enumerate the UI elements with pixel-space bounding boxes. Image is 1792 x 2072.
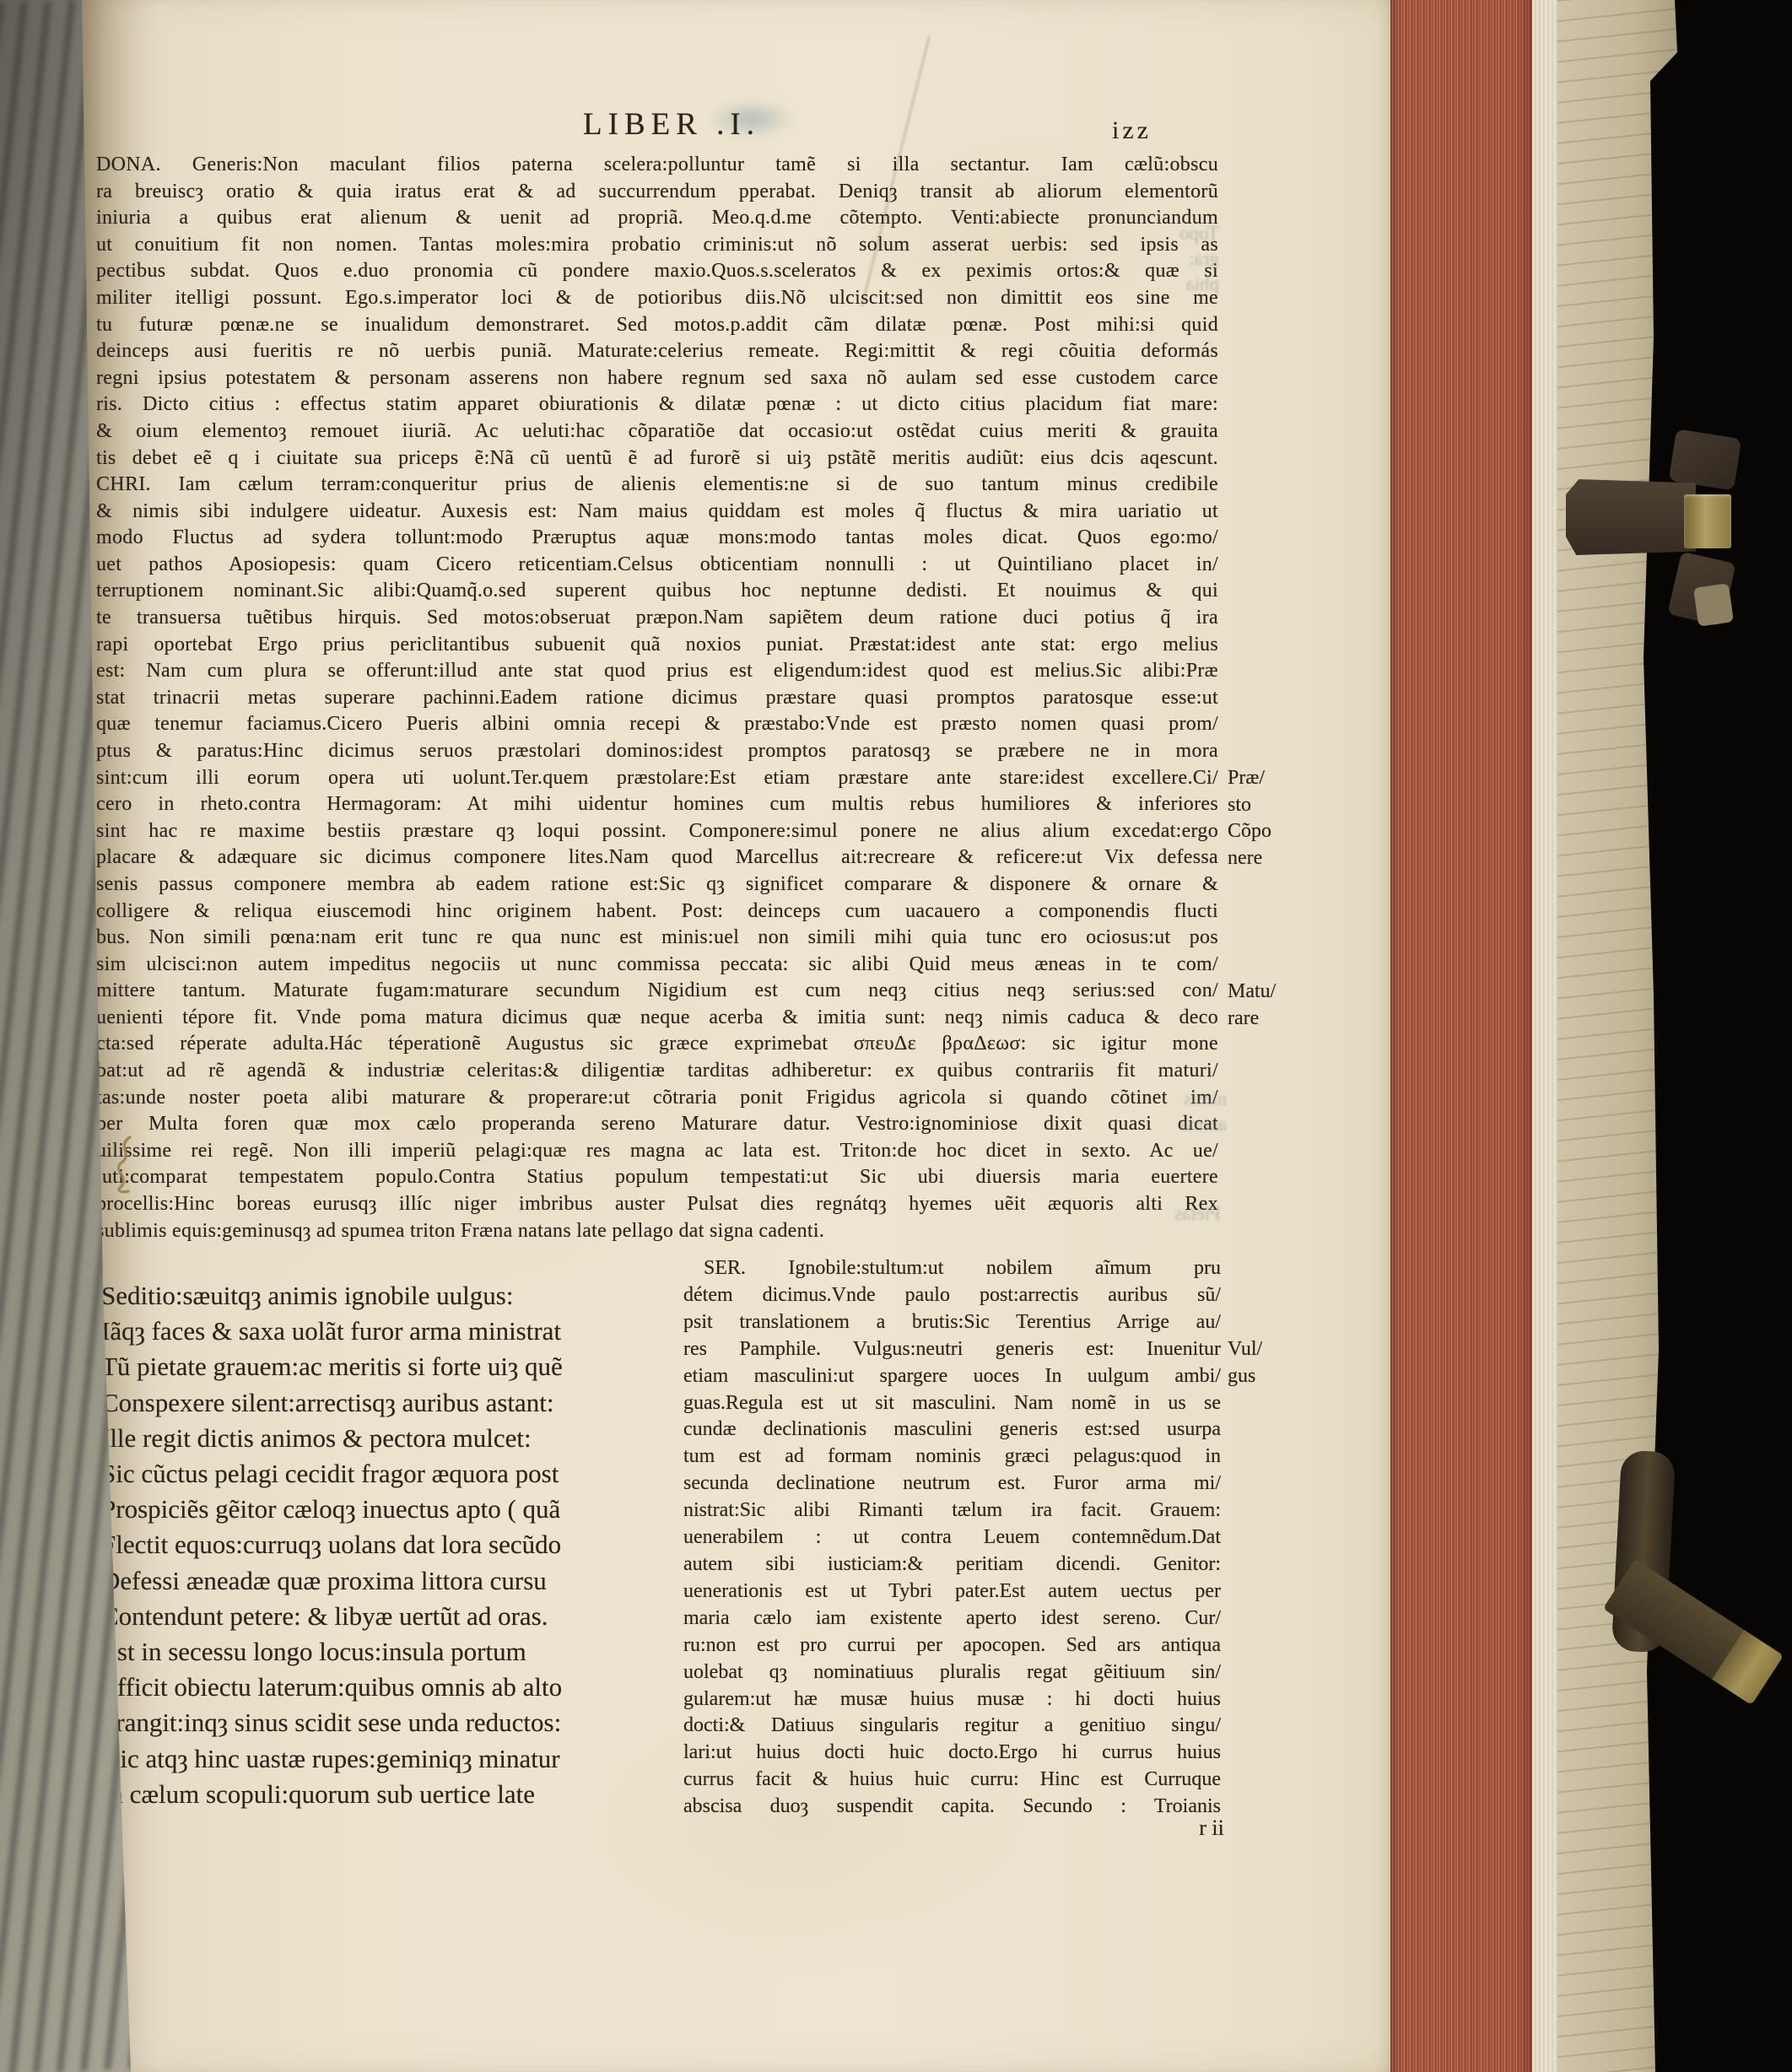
- text-line: secunda declinatione neutrum est. Furor …: [683, 1470, 1221, 1497]
- text-line: guas.Regula est ut sit masculini. Nam no…: [683, 1390, 1221, 1417]
- text-line: cta:sed réperate adulta.Hác téperationẽ …: [96, 1031, 1218, 1058]
- text-line: Pietas: [1174, 1201, 1221, 1227]
- verso-showthrough-text: Topogra:phia: [1179, 221, 1219, 297]
- commentary-column-servius: SER. Ignobile:stultum:ut nobilem aĩmum p…: [683, 1255, 1221, 1821]
- commentary-block-chri: CHRI. Iam cælum terram:conqueritur prius…: [96, 472, 1218, 1244]
- text-line: modo Fluctus ad sydera tollunt:modo Prær…: [96, 525, 1218, 552]
- text-line: placare & adæquare sic dicimus componere…: [96, 844, 1218, 871]
- text-line: sim ulcisci:non autem impeditus negociis…: [96, 952, 1218, 979]
- text-line: ra breuiscȝ oratio & quia iratus erat & …: [96, 179, 1218, 206]
- text-line: SER. Ignobile:stultum:ut nobilem aĩmum p…: [683, 1255, 1221, 1282]
- text-line: procellis:Hinc boreas eurusqȝ illíc nige…: [96, 1191, 1218, 1218]
- text-line: nimis: [1179, 1087, 1227, 1112]
- text-line: deinceps ausi fueritis re nõ uerbis puni…: [96, 338, 1218, 365]
- text-line: bat:ut ad rẽ agendã & industriæ celerita…: [96, 1058, 1218, 1085]
- text-line: rapi oportebat Ergo prius periclitantibu…: [96, 632, 1218, 659]
- text-line: Iãqȝ faces & saxa uolãt furor arma minis…: [101, 1314, 683, 1349]
- text-line: est: Nam cum plura se offerunt:illud ant…: [96, 658, 1218, 685]
- text-line: Tũ pietate grauem:ac meritis si forte ui…: [101, 1349, 683, 1384]
- text-line: uenerationis est ut Tybri pater.Est aute…: [683, 1578, 1221, 1605]
- text-line: Ille regit dictis animos & pectora mulce…: [101, 1421, 683, 1456]
- text-line: anima: [1179, 1112, 1227, 1137]
- upper-clasp-brass-fitting: [1684, 494, 1731, 548]
- text-line: pectibus subdat. Quos e.duo pronomia cũ …: [96, 258, 1218, 285]
- text-line: rare: [1228, 1006, 1320, 1033]
- margin-note-componere: Cõponere: [1228, 818, 1320, 871]
- text-line: quæ tenemur faciamus.Cicero Pueris albin…: [96, 711, 1218, 738]
- text-line: ber Multa foren quæ mox cælo properanda …: [96, 1111, 1218, 1138]
- margin-note-maturare: Matu/rare: [1228, 979, 1320, 1032]
- text-line: sto: [1228, 792, 1320, 819]
- text-line: bus. Non simili pœna:nam erit tunc re qu…: [96, 925, 1218, 952]
- text-line: Vul/: [1228, 1336, 1320, 1363]
- text-line: tum est ad formam nominis græci pelagus:…: [683, 1443, 1221, 1470]
- text-line: DONA. Generis:Non maculant filios patern…: [96, 152, 1218, 179]
- text-line: uet pathos Aposiopesis: quam Cicero reti…: [96, 552, 1218, 579]
- photo-of-open-incunabulum: LIBER .I. izz DONA. Generis:Non maculant…: [0, 0, 1792, 2072]
- text-line: sint hac re maxime bestiis præstare qȝ l…: [96, 818, 1218, 845]
- margin-note-vulgus: Vul/gus: [1228, 1336, 1320, 1389]
- text-line: Defessi æneadæ quæ proxima littora cursu: [101, 1563, 683, 1599]
- text-line: uenerabilem : ut contra Leuem contemnẽdu…: [683, 1524, 1221, 1551]
- text-line: iniuria a quibus erat alienum & uenit ad…: [96, 205, 1218, 232]
- text-line: CHRI. Iam cælum terram:conqueritur prius…: [96, 472, 1218, 499]
- text-line: Conspexere silent:arrectisqȝ auribus ast…: [101, 1385, 683, 1421]
- quire-signature: r ii: [1178, 1816, 1245, 1841]
- text-line: Contendunt petere: & libyæ uertũt ad ora…: [101, 1599, 683, 1634]
- running-title: LIBER .I.: [562, 106, 781, 143]
- handwritten-brace-mark: [110, 1136, 138, 1195]
- text-line: lari:ut huius docti huic docto.Ergo hi c…: [683, 1740, 1221, 1767]
- text-line: uolebat qȝ nominatiuus pluralis regat gẽ…: [683, 1659, 1221, 1686]
- text-line: terruptionem nominant.Sic alibi:Quamq̃.o…: [96, 578, 1218, 605]
- text-line: gularem:ut hæ musæ huius musæ : hi docti…: [683, 1686, 1221, 1713]
- page-block-edge: [1532, 0, 1557, 2072]
- text-line: ris. Dicto citius : effectus statim appa…: [96, 391, 1218, 418]
- text-line: abscisa duoȝ suspendit capita. Secundo :…: [683, 1794, 1221, 1821]
- text-line: tu futuræ pœnæ.ne se inualidum demonstra…: [96, 312, 1218, 339]
- verse-column-aeneid: Seditio:sæuitqȝ animis ignobile uulgus:I…: [101, 1278, 683, 1812]
- verso-showthrough-text: nimisanima: [1179, 1087, 1227, 1137]
- text-line: Matu/: [1228, 979, 1320, 1006]
- text-line: uenienti tépore fit. Vnde poma matura di…: [96, 1005, 1218, 1032]
- verso-showthrough-text: Pietas: [1174, 1201, 1221, 1227]
- text-line: Frangit:inqȝ sinus scidit sese unda redu…: [101, 1705, 683, 1740]
- text-line: Flectit equos:curruqȝ uolans dat lora se…: [101, 1527, 683, 1562]
- text-line: Seditio:sæuitqȝ animis ignobile uulgus:: [101, 1278, 683, 1314]
- text-line: uilissime rei regẽ. Non illi imperiũ pel…: [96, 1138, 1218, 1165]
- text-line: mittere tantum. Maturate fugam:maturare …: [96, 978, 1218, 1005]
- folio-number: izz: [1112, 116, 1152, 145]
- red-stained-fore-edge: [1390, 0, 1532, 2072]
- text-line: & nimis sibi indulgere uideatur. Auxesis…: [96, 499, 1218, 526]
- text-line: militer itelligi possunt. Ego.s.imperato…: [96, 285, 1218, 312]
- text-line: Cõpo: [1228, 818, 1320, 845]
- lower-clasp-brass-tip: [1712, 1630, 1784, 1705]
- text-line: maria cælo iam existente aperto idest se…: [683, 1605, 1221, 1632]
- text-line: nistrat:Sic alibi Rimanti tælum ira faci…: [683, 1497, 1221, 1524]
- recto-page: LIBER .I. izz DONA. Generis:Non maculant…: [81, 0, 1390, 2072]
- margin-note-praesto: Præ/sto: [1228, 765, 1320, 818]
- text-line: ru:non est pro currui per apocopen. Sed …: [683, 1632, 1221, 1659]
- text-line: ut conuitium fit non nomen. Tantas moles…: [96, 232, 1218, 259]
- text-line: gra:: [1179, 246, 1219, 272]
- text-line: cundæ declinationis masculini generis es…: [683, 1416, 1221, 1443]
- vellum-binding-edge: [1557, 0, 1692, 2072]
- text-line: sint:cum illi eorum opera uti uolunt.Ter…: [96, 765, 1218, 792]
- upper-clasp-leather-tab: [1669, 429, 1742, 490]
- text-line: ptus & paratus:Hinc dicimus seruos præst…: [96, 738, 1218, 765]
- text-line: phia: [1179, 272, 1219, 297]
- text-line: currus facit & huius huic curru: Hinc es…: [683, 1767, 1221, 1794]
- text-line: Est in secessu longo locus:insula portum: [101, 1634, 683, 1670]
- text-line: tis debet eẽ q i ciuitate sua priceps ẽ:…: [96, 445, 1218, 472]
- text-line: Efficit obiectu laterum:quibus omnis ab …: [101, 1670, 683, 1705]
- text-line: Prospiciẽs gẽitor cæloqȝ inuectus apto (…: [101, 1492, 683, 1527]
- text-line: senis passus componere membra ab eadem r…: [96, 871, 1218, 898]
- upper-clasp-strap: [1566, 479, 1696, 555]
- text-line: te transuersa tuẽtibus hirquis. Sed moto…: [96, 605, 1218, 632]
- text-line: colligere & reliqua eiuscemodi hinc orig…: [96, 898, 1218, 925]
- text-line: tas:unde noster poeta alibi maturare & p…: [96, 1085, 1218, 1112]
- commentary-block-dona: DONA. Generis:Non maculant filios patern…: [96, 152, 1218, 472]
- upper-clasp-leather-bit: [1693, 583, 1734, 626]
- text-line: regni ipsius potestatem & personam asser…: [96, 365, 1218, 392]
- text-line: Sic cũctus pelagi cecidit fragor æquora …: [101, 1456, 683, 1492]
- text-line: autem sibi iusticiam:& peritiam dicendi.…: [683, 1551, 1221, 1578]
- text-line: docti:& Datiuus singularis regitur a gen…: [683, 1713, 1221, 1740]
- text-line: détem dicimus.Vnde paulo post:arrectis a…: [683, 1282, 1221, 1309]
- text-line: Hic atqȝ hinc uastæ rupes:geminiqȝ minat…: [101, 1741, 683, 1777]
- text-line: luti:comparat tempestatem populo.Contra …: [96, 1164, 1218, 1191]
- text-line: In cælum scopuli:quorum sub uertice late: [101, 1777, 683, 1812]
- text-line: res Pamphile. Vulgus:neutri generis est:…: [683, 1336, 1221, 1363]
- text-line: & oium elementoȝ remouet iiuriã. Ac uelu…: [96, 418, 1218, 445]
- text-line: stat trinacrii metas superare pachinni.E…: [96, 685, 1218, 712]
- text-line: etiam masculini:ut spargere uoces In uul…: [683, 1363, 1221, 1390]
- text-line: sublimis equis:geminusqȝ ad spumea trito…: [96, 1218, 1218, 1245]
- text-line: psit translationem a brutis:Sic Terentiu…: [683, 1309, 1221, 1336]
- text-line: cero in rheto.contra Hermagoram: At mihi…: [96, 791, 1218, 818]
- text-line: gus: [1228, 1363, 1320, 1390]
- text-line: Topo: [1179, 221, 1219, 246]
- text-line: Præ/: [1228, 765, 1320, 792]
- text-line: nere: [1228, 845, 1320, 872]
